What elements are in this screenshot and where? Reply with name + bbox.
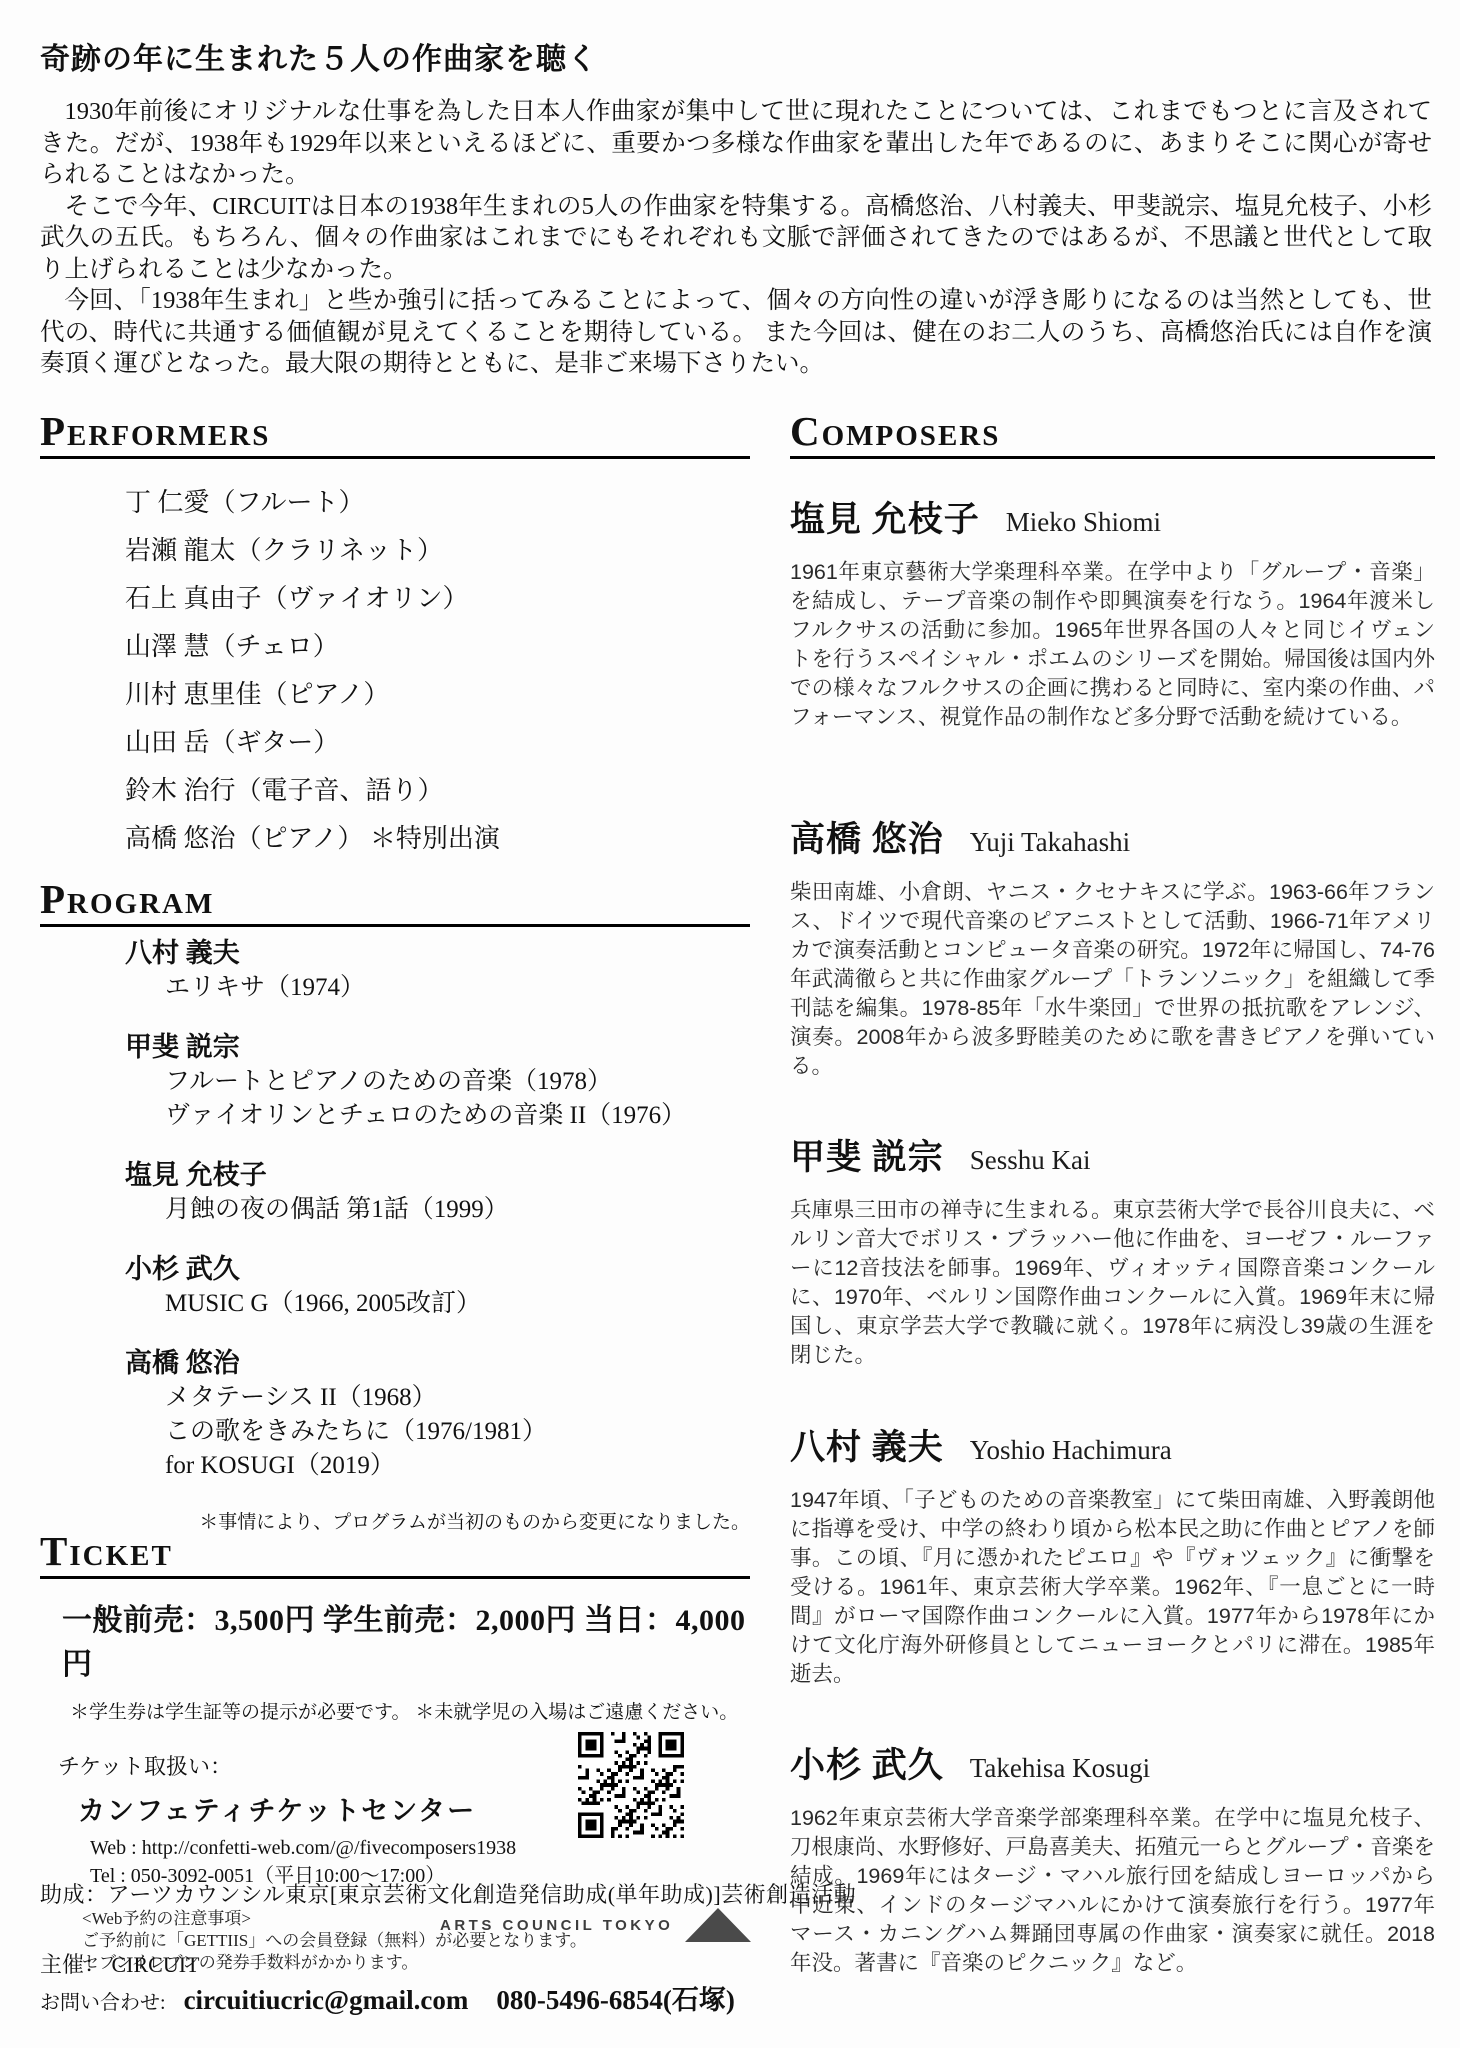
program-item: 塩見 允枝子 月蝕の夜の偶話 第1話（1999）	[40, 1157, 750, 1227]
performer-item: 高橋 悠治（ピアノ） ＊特別出演	[125, 815, 750, 863]
program-work: ヴァイオリンとチェロのための音楽 II（1976）	[40, 1099, 750, 1133]
composer-profile-hachimura: 八村 義夫 Yoshio Hachimura 1947年頃、「子どものための音楽…	[790, 1420, 1435, 1689]
program-item: 小杉 武久 MUSIC G（1966, 2005改訂）	[40, 1251, 750, 1321]
program-work: フルートとピアノのための音楽（1978）	[40, 1065, 750, 1099]
program-work: この歌をきみたちに（1976/1981）	[40, 1415, 750, 1449]
ticket-web-url: Web : http://confetti-web.com/@/fivecomp…	[40, 1834, 750, 1862]
page-title: 奇跡の年に生まれた５人の作曲家を聴く	[40, 34, 598, 78]
performer-item: 石上 真由子（ヴァイオリン）	[125, 575, 750, 623]
program-composer: 高橋 悠治	[40, 1345, 750, 1381]
program-heading: Program	[40, 876, 750, 927]
composer-name-en: Takehisa Kosugi	[970, 1753, 1150, 1784]
program-work: 月蝕の夜の偶話 第1話（1999）	[40, 1193, 750, 1227]
composer-profile-kai: 甲斐 説宗 Sesshu Kai 兵庫県三田市の禅寺に生まれる。東京芸術大学で長…	[790, 1130, 1435, 1370]
contact-phone: 080-5496-6854(石塚)	[496, 1978, 734, 2017]
performers-heading: Performers	[40, 408, 750, 459]
composer-name: 甲斐 説宗 Sesshu Kai	[790, 1130, 1435, 1180]
intro-paragraph-3: 今回、「1938年生まれ」と些か強引に括ってみることによって、個々の方向性の違い…	[40, 285, 1432, 380]
performer-item: 丁 仁愛（フルート）	[125, 479, 750, 527]
program-composer: 小杉 武久	[40, 1251, 750, 1287]
performer-item: 山田 岳（ギター）	[125, 719, 750, 767]
performer-item: 岩瀬 龍太（クラリネット）	[125, 527, 750, 575]
composer-profile-kosugi: 小杉 武久 Takehisa Kosugi 1962年東京芸術大学音楽学部楽理科…	[790, 1738, 1435, 1978]
performer-item: 山澤 慧（チェロ）	[125, 623, 750, 671]
composer-name-en: Mieko Shiomi	[1006, 507, 1161, 538]
program-work: MUSIC G（1966, 2005改訂）	[40, 1287, 750, 1321]
organizer-line: 主催： CIRCUIT	[40, 1948, 200, 1979]
program-composer: 八村 義夫	[40, 935, 750, 971]
ticket-prices: 一般前売：3,500円 学生前売：2,000円 当日：4,000円	[40, 1595, 750, 1683]
arts-council-tokyo-logo: ARTS COUNCIL TOKYO	[440, 1908, 751, 1942]
grant-credit: 助成：アーツカウンシル東京[東京芸術文化創造発信助成(単年助成)]芸術創造活動	[40, 1878, 856, 1909]
contact-line: お問い合わせ: circuitiucric@gmail.com 080-5496…	[40, 1978, 735, 2017]
program-section: Program 八村 義夫 エリキサ（1974） 甲斐 説宗 フルートとピアノの…	[40, 876, 750, 1534]
flyer-page: 奇跡の年に生まれた５人の作曲家を聴く 1930年前後にオリジナルな仕事を為した日…	[0, 0, 1460, 2048]
composer-name-en: Yoshio Hachimura	[970, 1435, 1172, 1466]
triangle-logo-mark	[685, 1908, 751, 1942]
program-item: 甲斐 説宗 フルートとピアノのための音楽（1978） ヴァイオリンとチェロのため…	[40, 1029, 750, 1133]
intro-paragraph-1: 1930年前後にオリジナルな仕事を為した日本人作曲家が集中して世に現れたことにつ…	[40, 96, 1432, 191]
performer-item: 鈴木 治行（電子音、語り）	[125, 767, 750, 815]
composer-bio: 兵庫県三田市の禅寺に生まれる。東京芸術大学で長谷川良夫に、ベルリン音大でボリス・…	[790, 1196, 1435, 1370]
composers-heading: Composers	[790, 408, 1435, 459]
program-list: 八村 義夫 エリキサ（1974） 甲斐 説宗 フルートとピアノのための音楽（19…	[40, 935, 750, 1534]
composer-name: 小杉 武久 Takehisa Kosugi	[790, 1738, 1435, 1788]
ticket-heading: Ticket	[40, 1528, 750, 1579]
performer-item: 川村 恵里佳（ピアノ）	[125, 671, 750, 719]
composer-name-ja: 塩見 允枝子	[790, 492, 980, 542]
arts-council-tokyo-label: ARTS COUNCIL TOKYO	[440, 1917, 673, 1934]
program-work: エリキサ（1974）	[40, 971, 750, 1005]
composer-bio: 1962年東京芸術大学音楽学部楽理科卒業。在学中に塩見允枝子、刀根康尚、水野修好…	[790, 1804, 1435, 1978]
qr-code	[578, 1732, 684, 1838]
composer-name-en: Yuji Takahashi	[970, 827, 1130, 858]
composer-name-ja: 甲斐 説宗	[790, 1130, 944, 1180]
program-composer: 甲斐 説宗	[40, 1029, 750, 1065]
composer-name-ja: 高橋 悠治	[790, 812, 944, 862]
performers-section: Performers 丁 仁愛（フルート） 岩瀬 龍太（クラリネット） 石上 真…	[40, 408, 750, 863]
composer-name: 塩見 允枝子 Mieko Shiomi	[790, 492, 1435, 542]
contact-email: circuitiucric@gmail.com	[184, 1985, 469, 2016]
performer-list: 丁 仁愛（フルート） 岩瀬 龍太（クラリネット） 石上 真由子（ヴァイオリン） …	[40, 479, 750, 863]
composer-bio: 柴田南雄、小倉朗、ヤニス・クセナキスに学ぶ。1963-66年フランス、ドイツで現…	[790, 878, 1435, 1081]
intro-paragraph-2: そこで今年、CIRCUITは日本の1938年生まれの5人の作曲家を特集する。高橋…	[40, 191, 1432, 286]
composer-bio: 1961年東京藝術大学楽理科卒業。在学中より「グループ・音楽」を結成し、テープ音…	[790, 558, 1435, 732]
composer-name: 高橋 悠治 Yuji Takahashi	[790, 812, 1435, 862]
intro-text: 1930年前後にオリジナルな仕事を為した日本人作曲家が集中して世に現れたことにつ…	[40, 96, 1432, 380]
composer-profile-takahashi: 高橋 悠治 Yuji Takahashi 柴田南雄、小倉朗、ヤニス・クセナキスに…	[790, 812, 1435, 1081]
program-work: メタテーシス II（1968）	[40, 1381, 750, 1415]
composer-name-en: Sesshu Kai	[970, 1145, 1091, 1176]
contact-label: お問い合わせ:	[40, 1986, 166, 2015]
ticket-notes: ＊学生券は学生証等の提示が必要です。 ＊未就学児の入場はご遠慮ください。	[40, 1697, 750, 1724]
program-item: 八村 義夫 エリキサ（1974）	[40, 935, 750, 1005]
composer-bio: 1947年頃、「子どものための音楽教室」にて柴田南雄、入野義朗他に指導を受け、中…	[790, 1486, 1435, 1689]
composer-name: 八村 義夫 Yoshio Hachimura	[790, 1420, 1435, 1470]
composer-profile-shiomi: 塩見 允枝子 Mieko Shiomi 1961年東京藝術大学楽理科卒業。在学中…	[790, 492, 1435, 732]
composer-name-ja: 小杉 武久	[790, 1738, 944, 1788]
composer-name-ja: 八村 義夫	[790, 1420, 944, 1470]
program-item: 高橋 悠治 メタテーシス II（1968） この歌をきみたちに（1976/198…	[40, 1345, 750, 1483]
program-work: for KOSUGI（2019）	[40, 1449, 750, 1483]
program-composer: 塩見 允枝子	[40, 1157, 750, 1193]
